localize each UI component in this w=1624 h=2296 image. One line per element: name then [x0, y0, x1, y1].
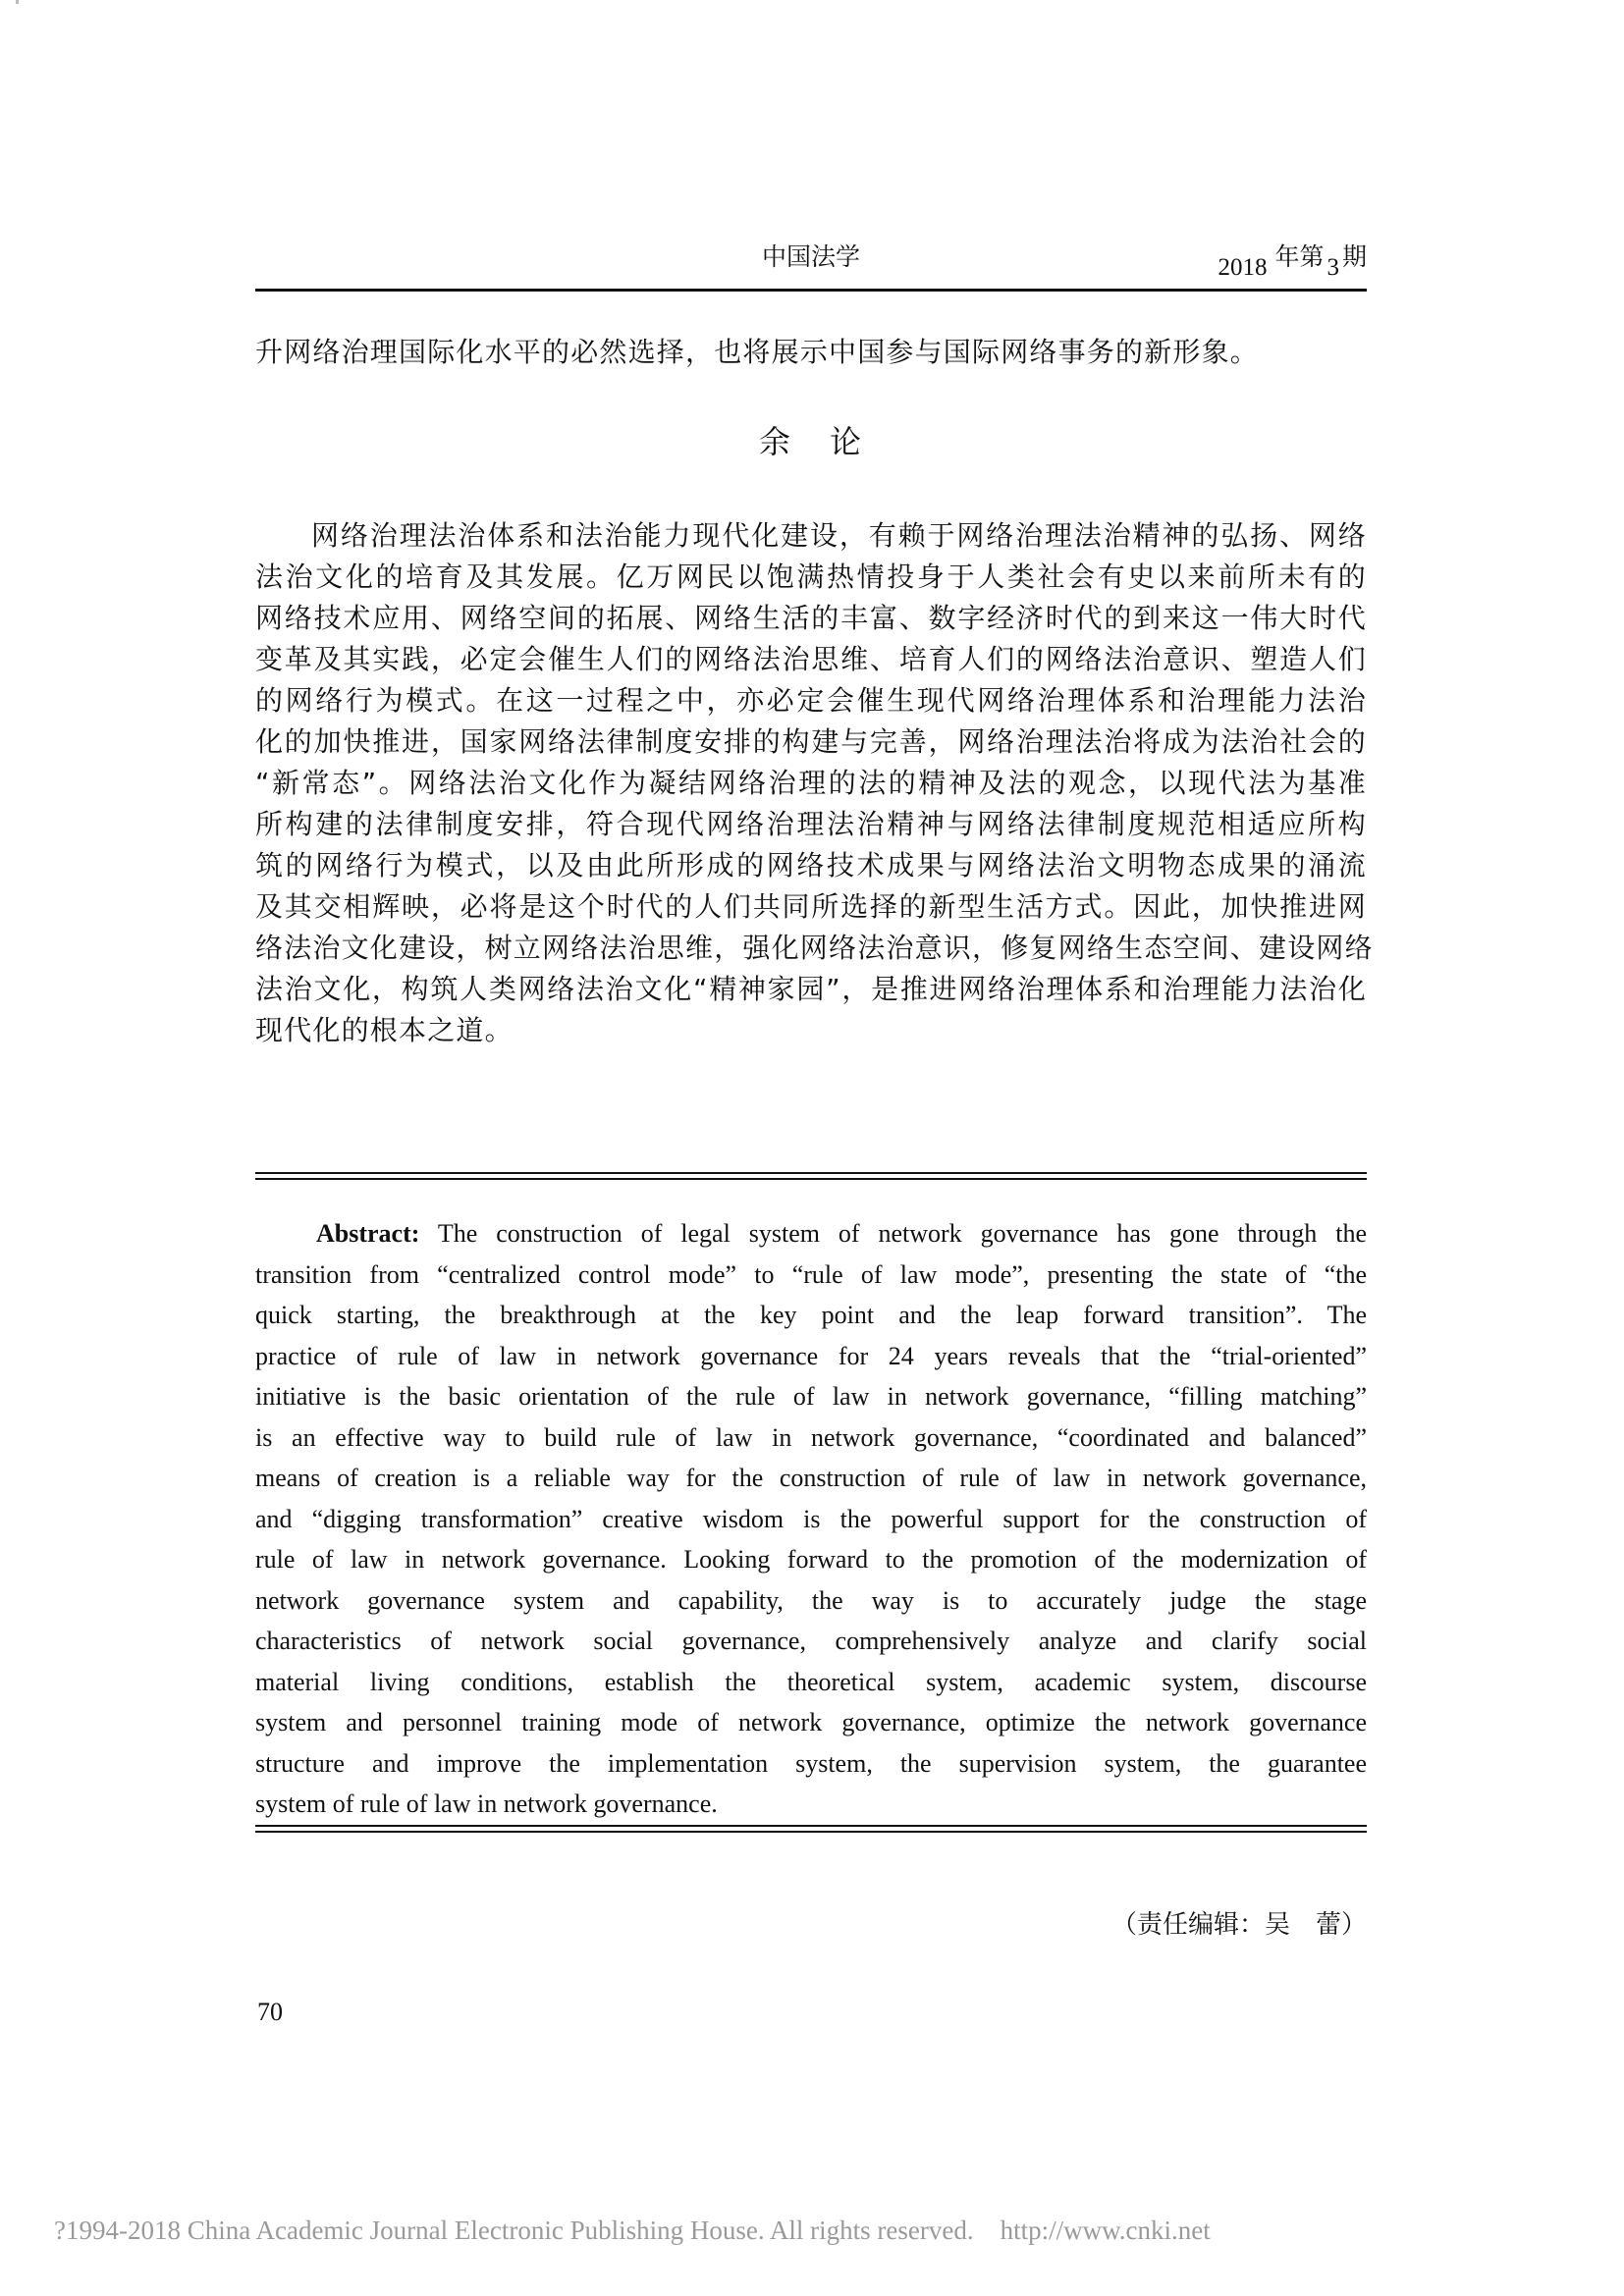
issue-label: 2018 年第3期: [1218, 238, 1367, 273]
journal-name: 中国法学: [255, 238, 1367, 273]
paragraph-line: 的网络行为模式。在这一过程之中，亦必定会催生现代网络治理体系和治理能力法治: [255, 680, 1367, 721]
paragraph-line: 化的加快推进，国家网络法律制度安排的构建与完善，网络治理法治将成为法治社会的: [255, 721, 1367, 763]
abstract-line-text: The construction of legal system of netw…: [438, 1219, 1367, 1248]
abstract-line: practice of rule of law in network gover…: [255, 1336, 1367, 1377]
paragraph-line: 变革及其实践，必定会催生人们的网络法治思维、培育人们的网络法治意识、塑造人们: [255, 639, 1367, 680]
abstract-line: rule of law in network governance. Looki…: [255, 1539, 1367, 1580]
issue-number: 3: [1326, 254, 1339, 281]
paragraph-line: “新常态”。网络法治文化作为凝结网络治理的法的精神及法的观念，以现代法为基准: [255, 763, 1367, 804]
paragraph-line: 筑的网络行为模式，以及由此所形成的网络技术成果与网络法治文明物态成果的涌流: [255, 845, 1367, 886]
continuation-line: 升网络治理国际化水平的必然选择，也将展示中国参与国际网络事务的新形象。: [255, 332, 1367, 373]
paragraph-line: 法治文化的培育及其发展。亿万网民以饱满热情投身于人类社会有史以来前所未有的: [255, 557, 1367, 598]
abstract-bottom-rule: [255, 1825, 1367, 1833]
abstract-line: is an effective way to build rule of law…: [255, 1417, 1367, 1459]
paragraph-line: 网络治理法治体系和法治能力现代化建设，有赖于网络治理法治精神的弘扬、网络: [255, 515, 1367, 557]
paragraph-line: 及其交相辉映，必将是这个时代的人们共同所选择的新型生活方式。因此，加快推进网: [255, 886, 1367, 928]
section-title: 余论: [255, 417, 1367, 462]
section-title-char-2: 论: [830, 423, 863, 460]
abstract-line: Abstract: The construction of legal syst…: [255, 1213, 1367, 1255]
issue-year: 2018: [1218, 254, 1268, 281]
abstract-line: initiative is the basic orientation of t…: [255, 1376, 1367, 1417]
paragraph-line: 络法治文化建设，树立网络法治思维，强化网络法治意识，修复网络生态空间、建设网络: [255, 928, 1367, 969]
abstract-line: material living conditions, establish th…: [255, 1662, 1367, 1703]
abstract-top-rule: [255, 1172, 1367, 1180]
paragraph-line: 现代化的根本之道。: [255, 1010, 1367, 1051]
abstract-line: network governance system and capability…: [255, 1580, 1367, 1622]
header-rule: [255, 289, 1367, 292]
abstract-line: and “digging transformation” creative wi…: [255, 1499, 1367, 1540]
issue-year-label: 年第: [1274, 242, 1324, 271]
document-page: 中国法学 2018 年第3期 升网络治理国际化水平的必然选择，也将展示中国参与国…: [0, 0, 1624, 2296]
abstract-line: transition from “centralized control mod…: [255, 1255, 1367, 1296]
abstract-label: Abstract:: [255, 1219, 419, 1248]
abstract-line: means of creation is a reliable way for …: [255, 1458, 1367, 1499]
abstract-block: Abstract: The construction of legal syst…: [255, 1213, 1367, 1825]
conclusion-paragraph: 网络治理法治体系和法治能力现代化建设，有赖于网络治理法治精神的弘扬、网络 法治文…: [255, 515, 1367, 1051]
abstract-line: structure and improve the implementation…: [255, 1743, 1367, 1785]
abstract-line: quick starting, the breakthrough at the …: [255, 1295, 1367, 1336]
abstract-line: system and personnel training mode of ne…: [255, 1702, 1367, 1743]
abstract-line: characteristics of network social govern…: [255, 1621, 1367, 1662]
abstract-line: system of rule of law in network governa…: [255, 1784, 1367, 1825]
running-header: 中国法学 2018 年第3期: [255, 234, 1367, 283]
paragraph-line: 网络技术应用、网络空间的拓展、网络生活的丰富、数字经济时代的到来这一伟大时代: [255, 598, 1367, 639]
issue-suffix: 期: [1342, 242, 1367, 271]
editor-credit: （责任编辑：吴 蕾）: [1111, 1904, 1367, 1941]
paragraph-line: 法治文化，构筑人类网络法治文化“精神家园”，是推进网络治理体系和治理能力法治化: [255, 969, 1367, 1010]
section-title-char-1: 余: [759, 423, 792, 460]
scan-artifact: [16, 0, 19, 4]
paragraph-line: 所构建的法律制度安排，符合现代网络治理法治精神与网络法律制度规范相适应所构: [255, 804, 1367, 845]
page-number: 70: [257, 1998, 283, 2027]
copyright-footer: ?1994-2018 China Academic Journal Electr…: [54, 2216, 1211, 2246]
